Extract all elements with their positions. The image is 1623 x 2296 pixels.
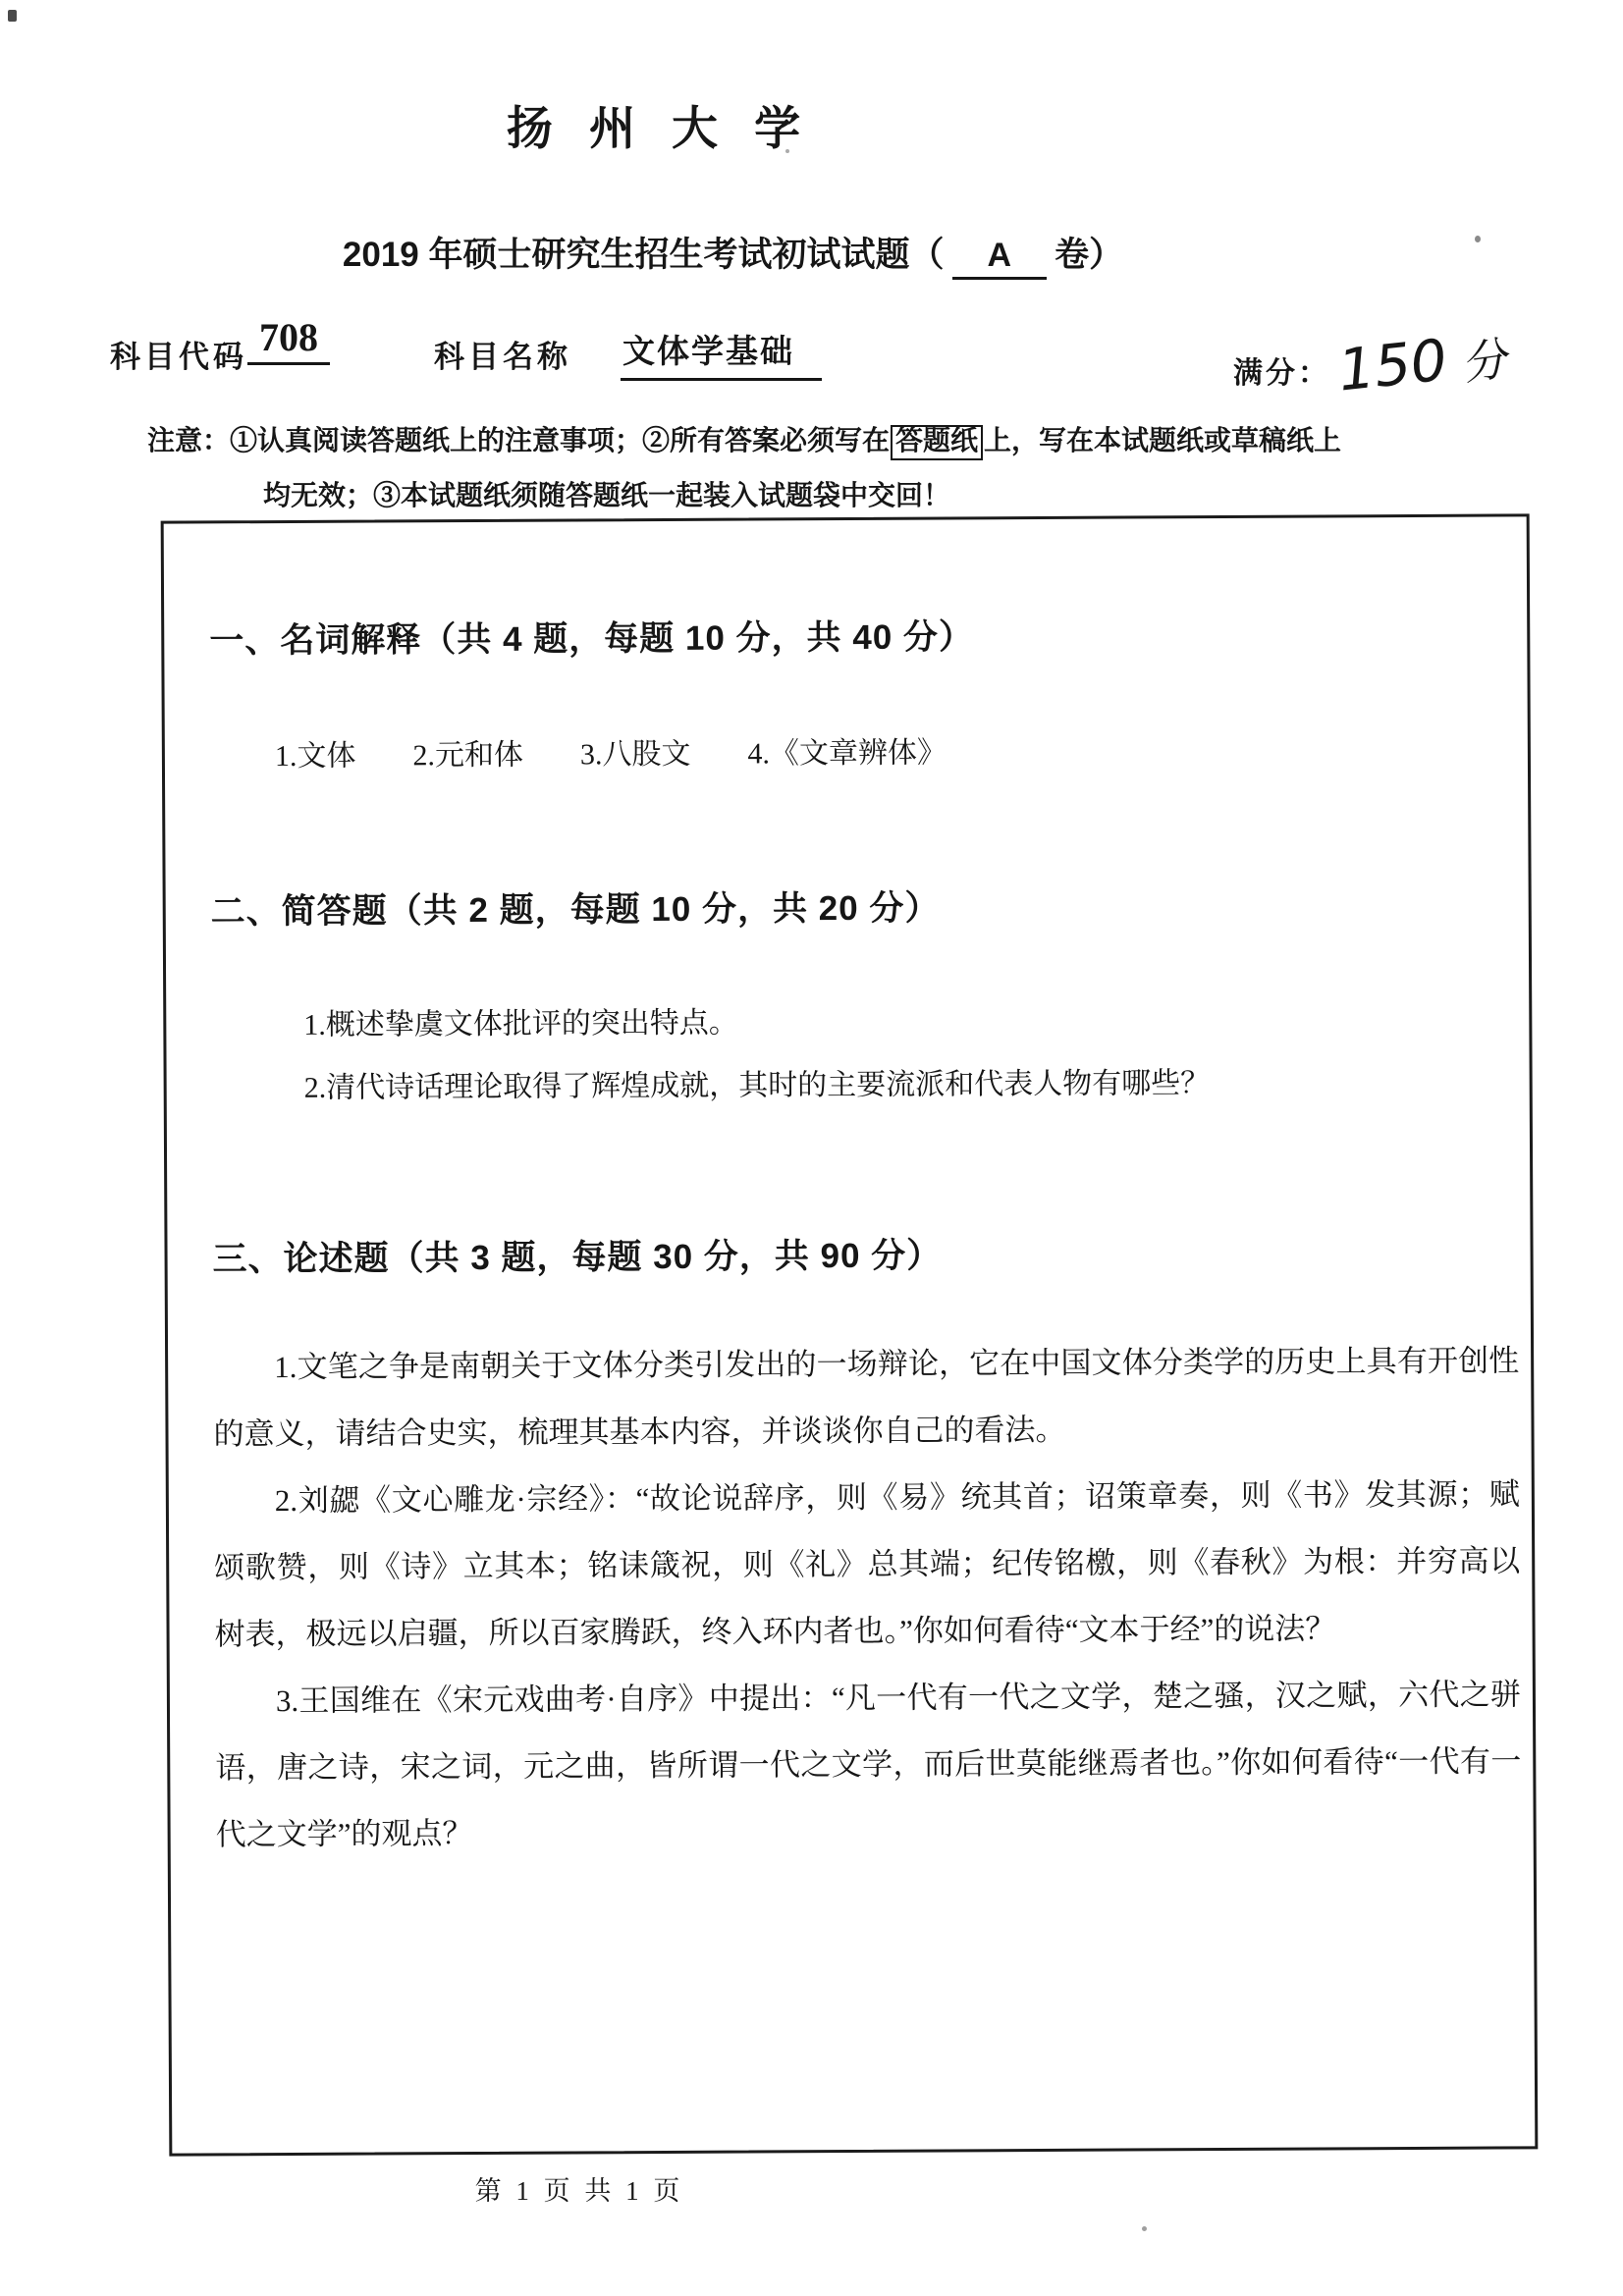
exam-title-suffix: 卷） [1055,236,1123,274]
university-title: 扬 州 大 学 [0,92,1623,158]
section-3-items: 1.文笔之争是南朝关于文体分类引发出的一场辩论，它在中国文体分类学的历史上具有开… [213,1327,1522,1868]
exam-title-prefix: 2019 年硕士研究生招生考试初试试题（ [343,236,945,274]
exam-paper-page: 扬 州 大 学 2019 年硕士研究生招生考试初试试题（A卷） 科目代码 708… [0,0,1623,2296]
notice-label: 注意： [147,426,230,456]
section-3-heading: 三、论述题（共 3 题，每题 30 分，共 90 分） [212,1229,942,1282]
subject-name-label: 科目名称 [434,332,571,376]
section-2-items: 1.概述挚虞文体批评的突出特点。 2.清代诗话理论取得了辉煌成就，其时的主要流派… [303,995,1210,1126]
scan-speck [785,149,789,153]
full-score: 满分：150分 [1233,330,1506,397]
section-2-heading: 二、简答题（共 2 题，每题 10 分，共 20 分） [211,881,941,934]
section-1-heading: 一、名词解释（共 4 题，每题 10 分，共 40 分） [209,610,974,663]
term-item-3: 3.八股文 [580,729,691,774]
short-answer-item-1: 1.概述挚虞文体批评的突出特点。 [303,995,1210,1043]
notice-block: 注意：①认真阅读答题纸上的注意事项；②所有答案必须写在答题纸上，写在本试题纸或草… [147,422,1542,516]
answer-sheet-boxed-text: 答题纸 [891,425,983,460]
full-score-label: 满分： [1233,357,1330,390]
notice-line1-before: ①认真阅读答题纸上的注意事项；②所有答案必须写在 [230,426,890,456]
scan-speck [1142,2226,1147,2231]
subject-code-value: 708 [247,314,330,365]
term-item-4: 4.《文章辨体》 [747,727,947,772]
notice-line2: 均无效；③本试题纸须随答题纸一起装入试题袋中交回！ [263,477,1542,516]
essay-question-3: 3.王国维在《宋元戏曲考·自序》中提出：“凡一代有一代之文学，楚之骚，汉之赋，六… [215,1661,1522,1868]
exam-title: 2019 年硕士研究生招生考试初试试题（A卷） [0,228,1623,280]
term-item-2: 2.元和体 [412,730,523,774]
full-score-value-handwritten: 150 [1335,326,1450,403]
question-paper-box: 一、名词解释（共 4 题，每题 10 分，共 40 分） 1.文体 2.元和体 … [161,513,1539,2156]
section-1-items: 1.文体 2.元和体 3.八股文 4.《文章辨体》 [275,727,947,774]
subject-name-value: 文体学基础 [621,326,822,381]
scan-speck [1475,236,1481,242]
subject-code-label: 科目代码 [110,332,247,376]
notice-line1: 注意：①认真阅读答题纸上的注意事项；②所有答案必须写在答题纸上，写在本试题纸或草… [147,422,1542,461]
full-score-unit-handwritten: 分 [1456,323,1510,394]
essay-question-1: 1.文笔之争是南朝关于文体分类引发出的一场辩论，它在中国文体分类学的历史上具有开… [213,1327,1520,1468]
short-answer-item-2: 2.清代诗话理论取得了辉煌成就，其时的主要流派和代表人物有哪些？ [304,1058,1211,1106]
scan-speck [8,10,17,22]
paper-letter: A [952,237,1048,280]
page-footer: 第 1 页 共 1 页 [0,2169,1159,2208]
notice-line1-after: 上，写在本试题纸或草稿纸上 [984,426,1341,456]
essay-question-2: 2.刘勰《文心雕龙·宗经》：“故论说辞序，则《易》统其首；诏策章奏，则《书》发其… [214,1461,1521,1668]
term-item-1: 1.文体 [275,731,356,774]
